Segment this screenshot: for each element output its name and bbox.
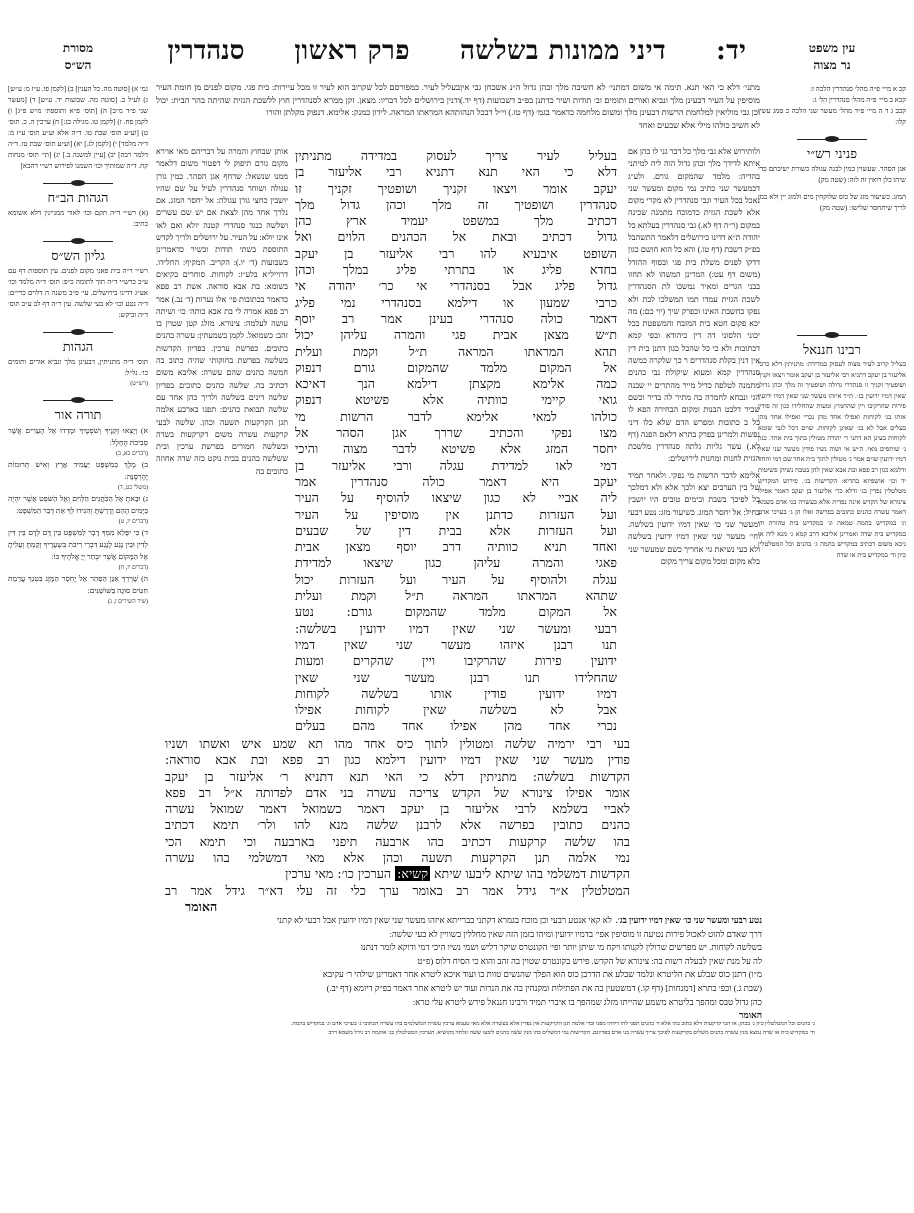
tosafot-bottom-line: מ״ו) דתנן כוס שבלע את הליטרא ונלמד שבלע … <box>150 968 762 982</box>
gemara-line: פאגי והמרה עליהן כגון שיצאו למדידת <box>295 555 617 571</box>
gemara-line: נמי אלמה תנן הקרקעות תשעה וכהן אלא מאי ד… <box>165 850 630 866</box>
gemara-line: גדול פליג אבל בסנהדרי אי כר׳ יהודה אי <box>295 278 617 294</box>
pninei-rashi-entry: אגן הסהר. שעשוין כמין לבנה עגולה כשורת י… <box>758 164 906 186</box>
gemara-line: יעקב אומר ויצאו זקניך ושופטיך זקניך זו <box>295 181 617 197</box>
ornament-divider <box>43 180 113 186</box>
tosafot-bottom-line: לה על מנת שאין לבעלה רשות בה: צינורא של … <box>150 955 762 969</box>
hagahot-text: תוס׳ ד״ה מתניתין, דבעינן מלך ונביא אורים… <box>8 357 148 379</box>
gemara-line: דלא כי האי תנא דתניא רבי אליעזר בן <box>295 164 617 180</box>
gemara-line: סנהדרין ושופטיך זה מלך וכהן גדול מלך <box>295 197 617 213</box>
tosafot-eilima: אלימא לדבר הרשות מי נפקי. ולאחר תמיד של … <box>628 470 760 568</box>
left-margin-column: מסורת הש״ס גמ׳ א) [סוטה מה. כל הענין] ב)… <box>8 40 148 607</box>
gemara-line: ואחד תניא כוותיה דרב יוסף מצאן אבית <box>295 539 617 555</box>
torah-or-verse: ג) וּבָאתָ אֶל הַכֹּהֲנִים הַלְוִיִּם וְ… <box>8 493 148 527</box>
masoret-title-line2: הש״ס <box>8 57 148 74</box>
torah-or-verse: א) וְיָצְאוּ זְקֵנֶיךָ וְשֹׁפְטֶיךָ וּמָ… <box>8 425 148 459</box>
gemara-line: הקדשות בשלשה: מתניתין דלא כי האי תנא דתנ… <box>165 769 630 785</box>
gemara-text: בעליל לעיר צריך לעסוק במדידה מתניתין דלא… <box>295 148 617 735</box>
tosafot-bottom-line: דרך שאדם להוט לאכול פירות נטיעה זו מוסיפ… <box>150 928 762 942</box>
gemara-line: בהו שלשה קרקעות דכתיב בהו ארבעה תיפני בא… <box>165 834 630 850</box>
rabbeinu-chananel-text: בעליל קרוב לעיר מצוה לעסוק במדידה: מתנית… <box>758 360 906 561</box>
hagahot-source: (רש״ש) <box>8 379 148 389</box>
ornament-divider <box>797 332 867 338</box>
gemara-line: כהנים כתובין בפרשה אלא לרבנן שלשה מנא לה… <box>165 817 630 833</box>
gemara-line: שהחלידו תנו רבנן מעשר שני שאין <box>295 670 617 686</box>
footnote-line: וד׳ במקדיש בית או שדה נמצא מנין עשרה כהנ… <box>95 1029 815 1038</box>
gemara-line: השופט איבעיא להו רבי אליעזר בן יעקב <box>295 246 617 262</box>
gemara-line: גואי קיימי כוותיה אלא פשיטא דנפוק <box>295 392 617 408</box>
gemara-line: ת״ש מצאן אבית פגי והמרה עליהן יכול <box>295 327 617 343</box>
gemara-line: ועל העזרות אלא בבית דין של שבעים <box>295 523 617 539</box>
page-ref: יד: <box>716 36 746 66</box>
tosafot-bottom-lead: נטע רבעי ומעשר שני כו׳ שאין דמיו ידועין … <box>616 914 762 928</box>
rashi-top-text: בעליל לעיר. כמפורסם לכל שקרוב הוא לעיר ז… <box>156 83 460 117</box>
gemara-line: בעליל לעיר צריך לעסוק במדידה מתניתין <box>295 148 617 164</box>
tosafot-body-text: ולותירוש אלא גבי מלך כל דבר גני לו כהן א… <box>628 147 760 463</box>
tosafot-bottom: נטע רבעי ומעשר שני כו׳ שאין דמיו ידועין … <box>150 914 762 1023</box>
gemara-line: בחדא פליג או בתרתי פליג במלך וכהן <box>295 262 617 278</box>
ein-mishpat-title-line1: עין משפט <box>758 40 906 57</box>
hagahot-title: הגהות <box>8 339 148 355</box>
gemara-line: כמה אלימא מקצתן דילמא הנך דאיכא <box>295 376 617 392</box>
tosafot-bottom-line: בשלשה לקוחות. יש מפרשים שרולין לקנותו וי… <box>150 941 762 955</box>
ornament-divider <box>43 238 113 244</box>
tosafot-top: מתני׳ דלא כי האי תנא. תימה אי משום דמתני… <box>460 82 760 132</box>
chapter-name: פרק ראשון <box>294 36 410 66</box>
gemara-line: דאמר כולה סנהדרי בעינן אמר רב יוסף <box>295 311 617 327</box>
masoret-hashas-text: גמ׳ א) [סוטה מה. כל הענין] ב) [לקמן פו. … <box>8 84 148 172</box>
gemara-line: פודין מעשר שני שאין דמיו ידועין דילמא כג… <box>165 752 630 768</box>
gemara-line: בעי רבי ירמיה שלשה ומטולין לתוך כיס אחד … <box>165 736 630 752</box>
gemara-kashya-line: הקדשות דמשלמי בהו שיתא ליבעו שיתא קשיא: … <box>165 866 630 882</box>
gemara-line: לאביי בשלמא לרבי אליעזר בן יעקב דאמר כשמ… <box>165 801 630 817</box>
gemara-line: דכתיב מלך במשפט יעמיד ארץ כהן <box>295 213 617 229</box>
ein-mishpat-entry: קכא ב מיי׳ פ״ה מהל׳ סנהדרין הל׳ ג: <box>758 95 906 106</box>
gemara-line: כולהו למאי אלימא לדבר הרשות מי <box>295 409 617 425</box>
ein-mishpat-entry: קכב ג ד ה מיי׳ פ״ד מהל׳ מעשר שני הלכה כ … <box>758 106 906 128</box>
kashya-badge: קשיא: <box>395 866 430 881</box>
pninei-rashi-title: פניני רש״י <box>758 146 906 162</box>
hagahot-habach-text: (א) רש״י ד״ה תקם וכו׳ לאור ממניינין דלא … <box>8 208 148 230</box>
gilyon-hashas-title: גליון הש״ס <box>8 248 148 264</box>
torah-or-verse: ב) מֶלֶךְ בְּמִשְׁפָּט יַעֲמִיד אָרֶץ וְ… <box>8 459 148 493</box>
rashi-top: בעליל לעיר. כמפורסם לכל שקרוב הוא לעיר ז… <box>156 82 460 120</box>
gemara-line: תהא המראתו המראה ת״ל וקמת ועלית <box>295 344 617 360</box>
gemara-line: עגלה ולהוסיף על העיר ועל העזרות יכול <box>295 572 617 588</box>
ornament-divider <box>43 329 113 335</box>
ein-mishpat-title-line2: נר מצוה <box>758 57 906 74</box>
torah-or-verse: ד) כִּי יִפָּלֵא מִמְּךָ דָבָר לַמִּשְׁפ… <box>8 527 148 573</box>
rabbeinu-chananel-title: רבינו חננאל <box>758 342 906 358</box>
ein-mishpat-title: עין משפט נר מצוה <box>758 40 906 74</box>
tosafot-column: ולותירוש אלא גבי מלך כל דבר גני לו כהן א… <box>628 146 760 568</box>
gemara-line: אומר אפילו צינורא של הקדש צריכה עשרה בני… <box>165 785 630 801</box>
gemara-line: ועל העזרות כדתנן אין מוסיפין על העיר <box>295 507 617 523</box>
gemara-line: יעקב היא דאמר כולה סנהדרין אמר <box>295 474 617 490</box>
page-title: דיני ממונות בשלשה <box>460 36 666 66</box>
gemara-line: נכרי אחד מהן אפילו אחד מהם בעלים <box>295 718 617 734</box>
gemara-wide-block: בעי רבי ירמיה שלשה ומטולין לתוך כיס אחד … <box>165 736 630 915</box>
gemara-catchword: האומר <box>165 899 630 915</box>
ornament-divider <box>43 397 113 403</box>
tosafot-top-text: מתני׳ דלא כי האי תנא. תימה אי משום דמתני… <box>460 83 760 130</box>
rashi-body-text: אותן שבחוץ והמרה על דבריהם מאי אוירא מקו… <box>156 147 288 476</box>
gemara-line: אל המקום מלמד שהמקום גורם: נטע <box>295 604 617 620</box>
gilyon-hashas-text: רש״י ד״ה בית פאני מקום לפנים. עין תוספות… <box>8 266 148 321</box>
masoret-title-line1: מסורת <box>8 40 148 57</box>
gemara-line: אבל לא בשלשה שאין לקוחות אפילו <box>295 702 617 718</box>
tractate-name: סנהדרין <box>168 36 245 66</box>
right-margin-column: עין משפט נר מצוה קכ א מיי׳ פ״ה מהל׳ סנהד… <box>758 40 906 561</box>
ornament-divider <box>797 136 867 142</box>
gemara-line: רבעי ומעשר שני שאין דמיו ידועין בשלשה: <box>295 621 617 637</box>
hagahot-habach-title: הגהות הב״ח <box>8 190 148 206</box>
tosafot-bottom-line: (שבת ג.) וכפ׳ בתרא [דמנחות] (דף קו.) דמש… <box>150 982 762 996</box>
gemara-line: כרבי שמעון או דילמא בסנהדרי נמי פליג <box>295 295 617 311</box>
gemara-line: שתהא המראתו המראה ת״ל וקמת ועלית <box>295 588 617 604</box>
torah-or-verses: א) וְיָצְאוּ זְקֵנֶיךָ וְשֹׁפְטֶיךָ וּמָ… <box>8 425 148 607</box>
gemara-line: מצו נפקי והכתיב שררך אגן הסהר אל <box>295 425 617 441</box>
gemara-line: דמי לאו למדידת עגלה ורבי אליעזר בן <box>295 458 617 474</box>
gemara-line: גדול דכתיב ובאת אל הכהנים הלוים ואל <box>295 229 617 245</box>
rashi-column: אותן שבחוץ והמרה על דבריהם מאי אוירא מקו… <box>156 146 288 478</box>
masoret-hashas-title: מסורת הש״ס <box>8 40 148 74</box>
gemara-line: דמיו ידועין פודין אותו בשלשה לקוחות <box>295 686 617 702</box>
tosafot-bottom-line: כהן גדול טבס ומהפך בליטרא משמע שהייתו מז… <box>150 996 762 1010</box>
gemara-line: ידועין פירות שהרקיבו ויין שהקרים ומעות <box>295 653 617 669</box>
gemara-line: יחסר המזג אלא פשיטא לדבר מצוה והיכי <box>295 441 617 457</box>
gemara-line: תנו רבנן איזהו מעשר שני שאין דמיו <box>295 637 617 653</box>
torah-or-title: תורה אור <box>8 407 148 423</box>
pninei-rashi-entry: המזג. כשיעור מזג של כוס שלוקחין מים ולמז… <box>758 192 906 214</box>
pninei-rashi-text: אגן הסהר. שעשוין כמין לבנה עגולה כשורת י… <box>758 164 906 214</box>
ein-mishpat-entry: קכ א מיי׳ פ״ה מהל׳ סנהדרין הלכה ז: <box>758 84 906 95</box>
footnotes: ג׳ כהנים וכל המטלטלין כיון ג׳ בכהן, או ה… <box>95 1020 815 1038</box>
page-header: יד: דיני ממונות בשלשה פרק ראשון סנהדרין <box>150 36 764 76</box>
gemara-line: אל המקום מלמד שהמקום גורם דנפוק <box>295 360 617 376</box>
footnote-line: ג׳ כהנים וכל המטלטלין כיון ג׳ בכהן, או ה… <box>95 1020 815 1029</box>
gemara-line: ליה אביי לא כגון שיצאו להוסיף על העיר <box>295 490 617 506</box>
torah-or-verse: ה) שָׁרְרֵךְ אַגַּן הַסַּהַר אַל יֶחְסַר… <box>8 573 148 607</box>
ein-mishpat-entries: קכ א מיי׳ פ״ה מהל׳ סנהדרין הלכה ז: קכא ב… <box>758 84 906 128</box>
gemara-line: המטלטלין א״ר גידל אמר רב באומר ערך כלי ז… <box>165 883 630 899</box>
